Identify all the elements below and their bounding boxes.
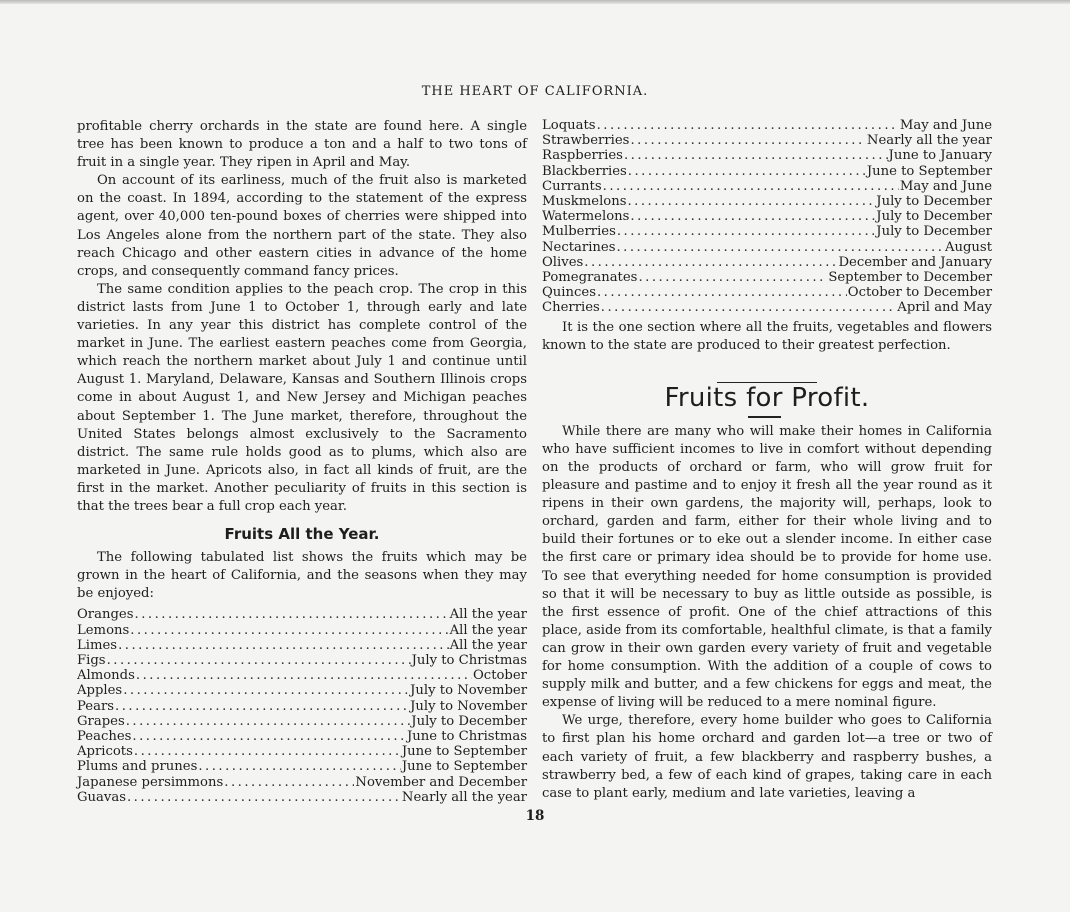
list-item: OlivesDecember and January: [542, 255, 992, 270]
leader-dots: [134, 744, 401, 759]
paragraph: While there are many who will make their…: [542, 423, 992, 713]
left-column: profitable cherry orchards in the state …: [77, 118, 527, 805]
paragraph: It is the one section where all the frui…: [542, 319, 992, 355]
paragraph: We urge, therefore, every home builder w…: [542, 712, 992, 802]
leader-dots: [118, 638, 449, 653]
fruit-season-list-left: OrangesAll the year LemonsAll the year L…: [77, 607, 527, 805]
leader-dots: [601, 300, 897, 315]
leader-dots: [115, 699, 409, 714]
leader-dots: [630, 209, 875, 224]
list-item: AlmondsOctober: [77, 668, 527, 683]
leader-dots: [630, 133, 865, 148]
list-item: WatermelonsJuly to December: [542, 209, 992, 224]
leader-dots: [123, 683, 409, 698]
leader-dots: [597, 285, 847, 300]
list-item: LemonsAll the year: [77, 623, 527, 638]
list-item: GuavasNearly all the year: [77, 790, 527, 805]
leader-dots: [624, 148, 888, 163]
list-item: StrawberriesNearly all the year: [542, 133, 992, 148]
list-item: GrapesJuly to December: [77, 714, 527, 729]
list-item: Plums and prunesJune to September: [77, 759, 527, 774]
fruit-season-list-right: LoquatsMay and June StrawberriesNearly a…: [542, 118, 992, 316]
paragraph: profitable cherry orchards in the state …: [77, 118, 527, 172]
list-item: LimesAll the year: [77, 638, 527, 653]
leader-dots: [603, 179, 899, 194]
leader-dots: [130, 623, 448, 638]
list-item: MuskmelonsJuly to December: [542, 194, 992, 209]
leader-dots: [638, 270, 827, 285]
leader-dots: [132, 729, 406, 744]
leader-dots: [126, 714, 411, 729]
paragraph: The same condition applies to the peach …: [77, 281, 527, 516]
leader-dots: [107, 653, 411, 668]
list-item: RaspberriesJune to January: [542, 148, 992, 163]
leader-dots: [136, 668, 472, 683]
leader-dots: [617, 224, 875, 239]
leader-dots: [127, 790, 401, 805]
paragraph: On account of its earliness, much of the…: [77, 172, 527, 281]
page-number: 18: [0, 808, 1070, 824]
list-item: QuincesOctober to December: [542, 285, 992, 300]
section-divider: [542, 371, 992, 379]
leader-dots: [224, 775, 354, 790]
leader-dots: [135, 607, 449, 622]
list-item: CurrantsMay and June: [542, 179, 992, 194]
book-page: THE HEART OF CALIFORNIA. profitable cher…: [0, 4, 1070, 912]
list-item: CherriesApril and May: [542, 300, 992, 315]
list-item: LoquatsMay and June: [542, 118, 992, 133]
running-head: THE HEART OF CALIFORNIA.: [0, 84, 1070, 99]
leader-dots: [584, 255, 837, 270]
list-item: Japanese persimmonsNovember and December: [77, 775, 527, 790]
list-item: PeachesJune to Christmas: [77, 729, 527, 744]
leader-dots: [627, 194, 875, 209]
list-item: BlackberriesJune to September: [542, 164, 992, 179]
list-intro: The following tabulated list shows the f…: [77, 549, 527, 603]
leader-dots: [198, 759, 401, 774]
list-item: MulberriesJuly to December: [542, 224, 992, 239]
list-item: NectarinesAugust: [542, 240, 992, 255]
leader-dots: [628, 164, 866, 179]
list-item: PearsJuly to November: [77, 699, 527, 714]
section-heading-fruits-for-profit: Fruits for Profit.: [542, 383, 992, 413]
leader-dots: [597, 118, 899, 133]
list-item: ApricotsJune to September: [77, 744, 527, 759]
right-column: LoquatsMay and June StrawberriesNearly a…: [542, 118, 992, 803]
section-heading-fruits-all-year: Fruits All the Year.: [77, 525, 527, 543]
list-item: ApplesJuly to November: [77, 683, 527, 698]
leader-dots: [616, 240, 943, 255]
list-item: FigsJuly to Christmas: [77, 653, 527, 668]
list-item: PomegranatesSeptember to December: [542, 270, 992, 285]
list-item: OrangesAll the year: [77, 607, 527, 622]
